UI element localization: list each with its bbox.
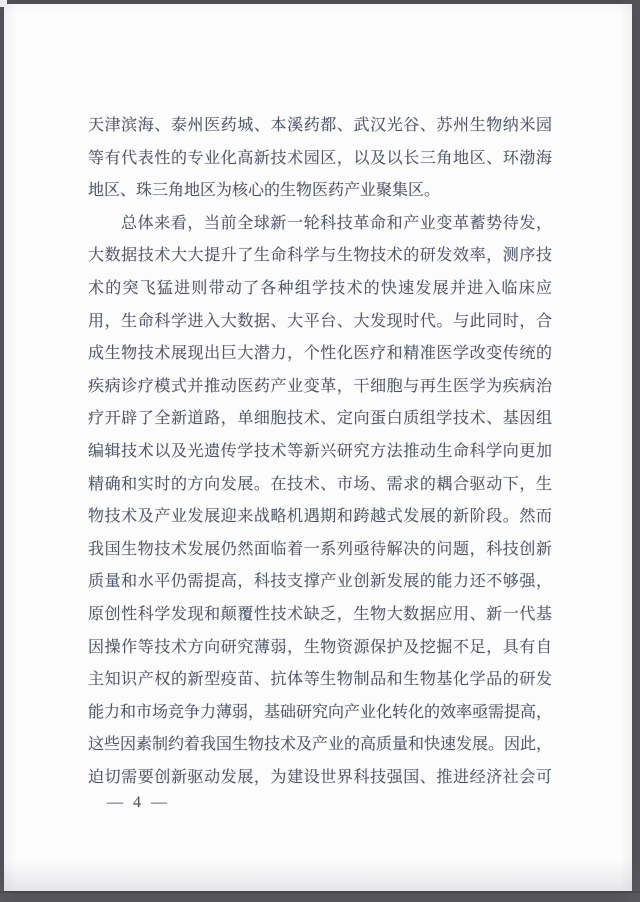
page-body: 天津滨海、泰州医药城、本溪药都、武汉光谷、苏州生物纳米园等有代表性的专业化高新技… bbox=[88, 110, 552, 794]
text-line: 这些因素制约着我国生物技术及产业的高质量和快速发展。因此， bbox=[88, 729, 552, 762]
text-line: 用，生命科学进入大数据、大平台、大发现时代。与此同时，合 bbox=[88, 306, 552, 339]
text-line: 大数据技术大大提升了生命科学与生物技术的研发效率，测序技 bbox=[88, 240, 552, 273]
text-line: 精确和实时的方向发展。在技术、市场、需求的耦合驱动下，生 bbox=[88, 469, 552, 502]
paragraph: 天津滨海、泰州医药城、本溪药都、武汉光谷、苏州生物纳米园等有代表性的专业化高新技… bbox=[88, 110, 552, 208]
text-line: 质量和水平仍需提高，科技支撑产业创新发展的能力还不够强， bbox=[88, 566, 552, 599]
text-line: 因操作等技术方向研究薄弱，生物资源保护及挖掘不足，具有自 bbox=[88, 632, 552, 665]
text-line: 我国生物技术发展仍然面临着一系列亟待解决的问题，科技创新 bbox=[88, 534, 552, 567]
text-line: 编辑技术以及光遗传学技术等新兴研究方法推动生命科学向更加 bbox=[88, 436, 552, 469]
text-line: 等有代表性的专业化高新技术园区，以及以长三角地区、环渤海 bbox=[88, 143, 552, 176]
text-line: 术的突飞猛进则带动了各种组学技术的快速发展并进入临床应 bbox=[88, 273, 552, 306]
text-line: 总体来看，当前全球新一轮科技革命和产业变革蓄势待发， bbox=[88, 208, 552, 241]
text-line: 成生物技术展现出巨大潜力，个性化医疗和精准医学改变传统的 bbox=[88, 338, 552, 371]
text-line: 疗开辟了全新道路，单细胞技术、定向蛋白质组学技术、基因组 bbox=[88, 403, 552, 436]
scan-edge-right bbox=[632, 3, 640, 902]
scan-edge-bottom bbox=[0, 891, 640, 902]
text-line: 能力和市场竞争力薄弱，基础研究向产业化转化的效率亟需提高， bbox=[88, 697, 552, 730]
text-line: 疾病诊疗模式并推动医药产业变革，干细胞与再生医学为疾病治 bbox=[88, 371, 552, 404]
scan-edge-top bbox=[7, 0, 640, 4]
text-line: 原创性科学发现和颠覆性技术缺乏，生物大数据应用、新一代基 bbox=[88, 599, 552, 632]
text-line: 主知识产权的新型疫苗、抗体等生物制品和生物基化学品的研发 bbox=[88, 664, 552, 697]
scan-edge-left bbox=[0, 7, 4, 894]
text-line: 迫切需要创新驱动发展，为建设世界科技强国、推进经济社会可 bbox=[88, 762, 552, 795]
text-line: 物技术及产业发展迎来战略机遇期和跨越式发展的新阶段。然而 bbox=[88, 501, 552, 534]
text-line: 地区、珠三角地区为核心的生物医药产业聚集区。 bbox=[88, 175, 552, 208]
page-number: — 4 — bbox=[107, 794, 170, 812]
text-line: 天津滨海、泰州医药城、本溪药都、武汉光谷、苏州生物纳米园 bbox=[88, 110, 552, 143]
paragraph: 总体来看，当前全球新一轮科技革命和产业变革蓄势待发，大数据技术大大提升了生命科学… bbox=[88, 208, 552, 795]
document-page: 天津滨海、泰州医药城、本溪药都、武汉光谷、苏州生物纳米园等有代表性的专业化高新技… bbox=[0, 0, 640, 902]
